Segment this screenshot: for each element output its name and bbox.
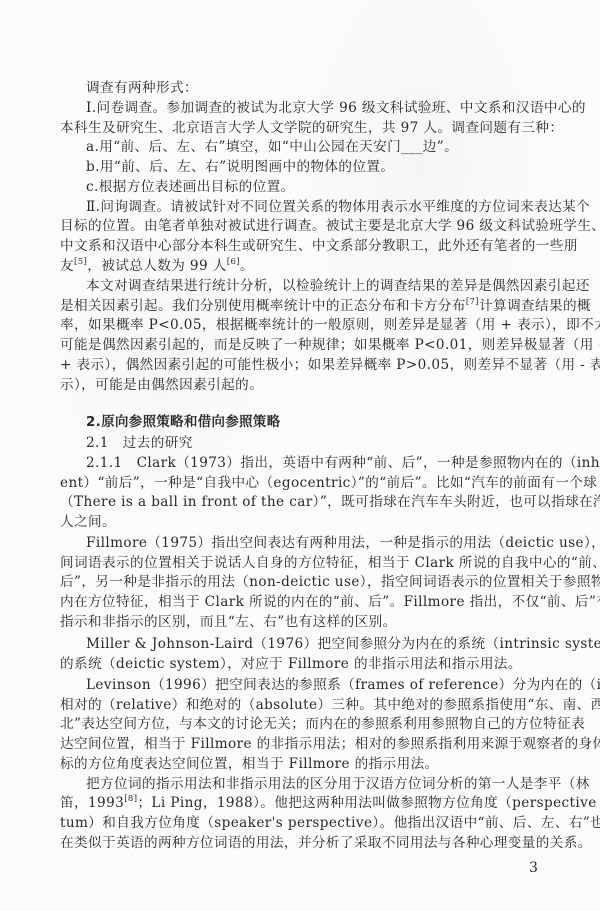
text-line: 目标的位置。由笔者单独对被试进行调查。被试主要是北京大学 96 级文科试验班学生…	[60, 216, 580, 236]
text-line: 笛，1993[8]；Li Ping，1988）。他把这两种用法叫做参照物方位角度…	[60, 793, 580, 813]
text-line: a.用“前、后、左、右”填空，如“中山公园在天安门___边”。	[86, 137, 600, 157]
text-line: 友[5]，被试总人数为 99 人[6]。	[60, 256, 580, 276]
section-heading: 2.原向参照策略和借向参照策略	[86, 413, 600, 433]
text-line: ent）“前后”，一种是“自我中心（egocentric）”的“前后”。比如“汽…	[60, 473, 580, 493]
text-line: 本文对调查结果进行统计分析，以检验统计上的调查结果的差异是偶然因素引起还	[86, 276, 600, 296]
text-line: Ⅰ.问卷调查。参加调查的被试为北京大学 96 级文科试验班、中文系和汉语中心的	[86, 98, 600, 118]
text-line: 2.1.1 Clark（1973）指出，英语中有两种“前、后”，一种是参照物内在…	[86, 453, 600, 473]
text-line: 是相关因素引起。我们分别使用概率统计中的正态分布和卡方分布[7]计算调查结果的概	[60, 296, 580, 316]
text-line: 可能是偶然因素引起的，而是反映了一种规律；如果概率 P<0.01，则差异极显著（…	[60, 335, 580, 355]
text-line: 达空间位置，相当于 Fillmore 的非指示用法；相对的参照系指利用来源于观察…	[60, 734, 580, 754]
text-line: 的系统（deictic system），对应于 Fillmore 的非指示用法和…	[60, 654, 580, 674]
text-line: c.根据方位表述画出目标的位置。	[86, 177, 600, 197]
text-line: + 表示），偶然因素引起的可能性极小；如果差异概率 P>0.05，则差异不显著（…	[60, 355, 580, 375]
text-line: Miller & Johnson-Laird（1976）把空间参照分为内在的系统…	[86, 634, 600, 654]
text-line: 指示和非指示的区别，而且“左、右”也有这样的区别。	[60, 612, 580, 632]
text-line: 标的方位角度表达空间位置，相当于 Fillmore 的指示用法。	[60, 754, 580, 774]
text-line: Ⅱ.问询调查。请被试针对不同位置关系的物体用表示水平维度的方位词来表达某个	[86, 197, 600, 217]
document-page: 调查有两种形式：Ⅰ.问卷调查。参加调查的被试为北京大学 96 级文科试验班、中文…	[0, 0, 600, 911]
text-line: 北”表达空间方位，与本文的讨论无关；而内在的参照系利用参照物自己的方位特征表	[60, 714, 580, 734]
text-line: 后”，另一种是非指示的用法（non-deictic use），指空间词语表示的位…	[60, 572, 580, 592]
text-line: 在类似于英语的两种方位词语的用法，并分析了采取不同用法与各种心理变量的关系。	[60, 833, 580, 853]
text-line: 2.1 过去的研究	[86, 433, 600, 453]
text-line: Levinson（1996）把空间表达的参照系（frames of refere…	[86, 675, 600, 695]
text-line: 率，如果概率 P<0.05，根据概率统计的一般原则，则差异是显著（用 + 表示）…	[60, 315, 580, 335]
text-line: 中文系和汉语中心部分本科生或研究生、中文系部分教职工，此外还有笔者的一些朋	[60, 236, 580, 256]
text-line: 把方位词的指示用法和非指示用法的区分用于汉语方位词分析的第一人是李平（林	[86, 774, 600, 794]
text-line: （There is a ball in front of the car）”，既…	[60, 492, 580, 512]
text-line: tum）和自我方位角度（speaker's perspective）。他指出汉语…	[60, 813, 580, 833]
text-line: 相对的（relative）和绝对的（absolute）三种。其中绝对的参照系指使…	[60, 695, 580, 715]
text-line: 调查有两种形式：	[86, 78, 600, 98]
text-line: 内在方位特征，相当于 Clark 所说的内在的“前、后”。Fillmore 指出…	[60, 592, 580, 612]
text-line: b.用“前、后、左、右”说明图画中的物体的位置。	[86, 157, 600, 177]
text-line: 本科生及研究生、北京语言大学人文学院的研究生，共 97 人。调查问题有三种：	[60, 118, 580, 138]
text-line: 示），可能是由偶然因素引起的。	[60, 375, 580, 395]
text-line: 间词语表示的位置相关于说话人自身的方位特征，相当于 Clark 所说的自我中心的…	[60, 553, 580, 573]
text-line: Fillmore（1975）指出空间表达有两种用法，一种是指示的用法（deict…	[86, 533, 600, 553]
text-line: 人之间。	[60, 512, 580, 532]
page-number: 3	[529, 858, 538, 878]
